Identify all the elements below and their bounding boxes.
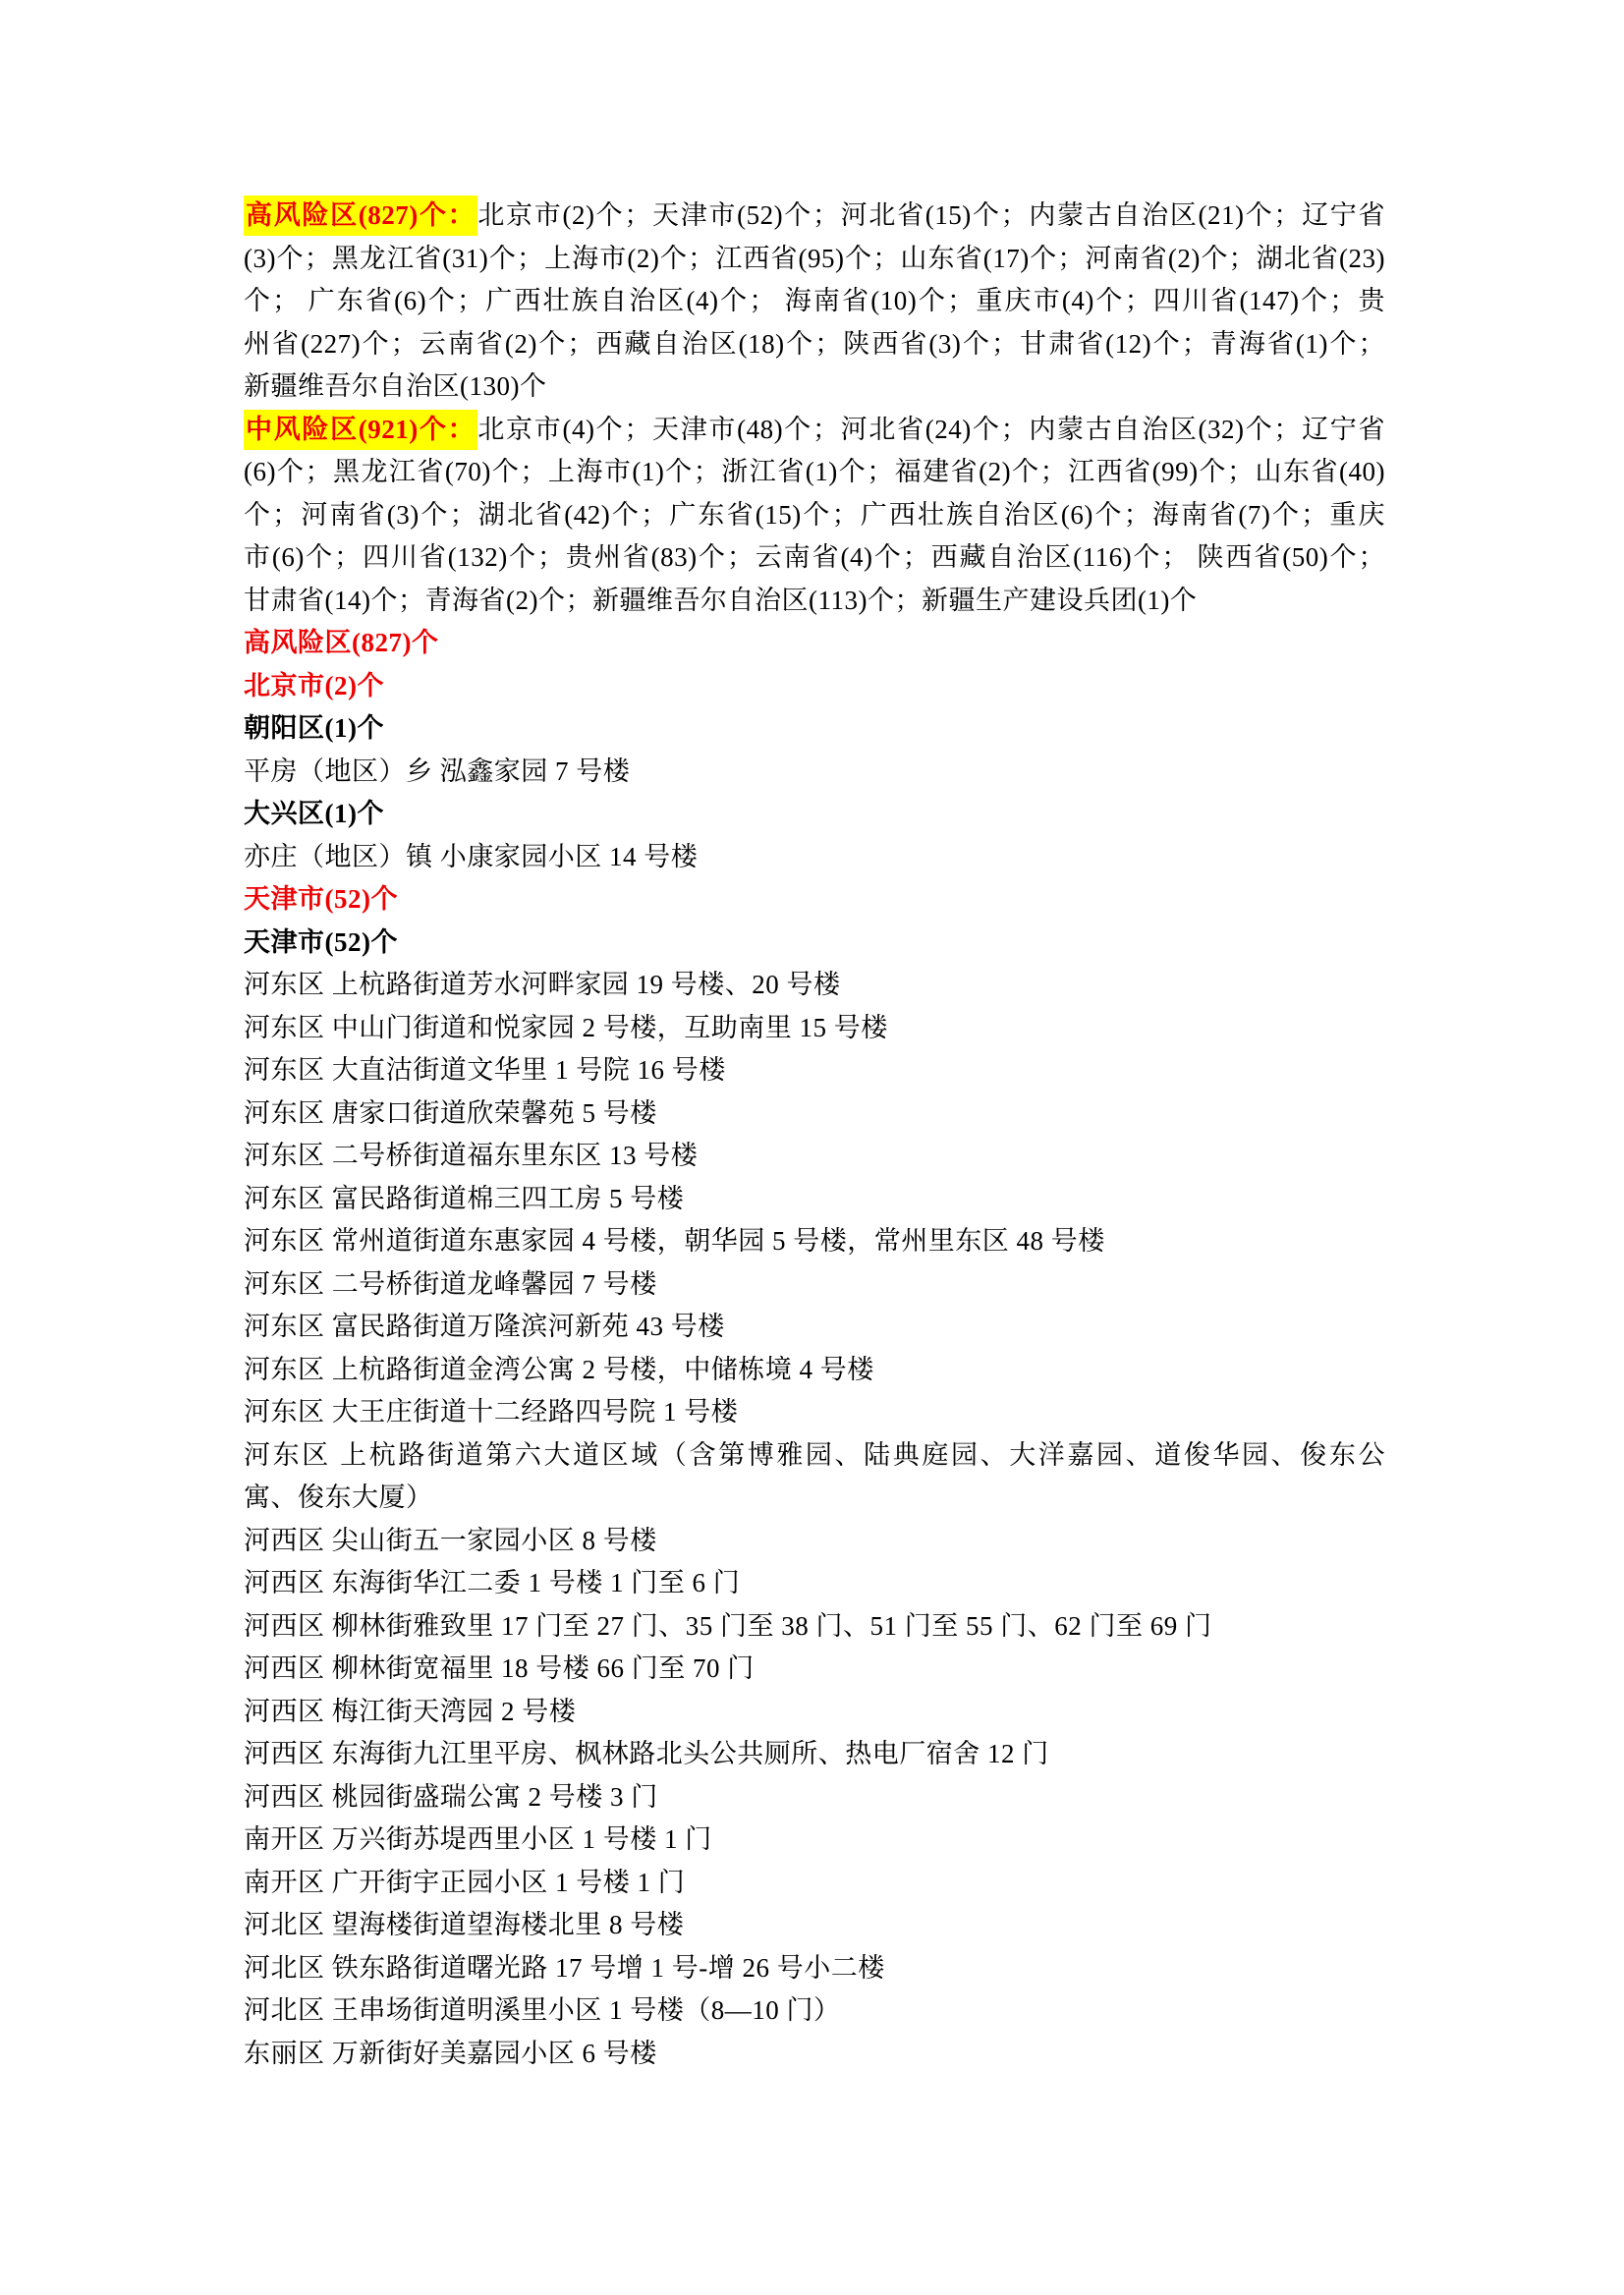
red-heading-line: 北京市(2)个 (244, 665, 1385, 708)
text-line: 新疆维吾尔自治区(130)个 (244, 365, 1385, 409)
text-line: 河东区 上杭路街道第六大道区域（含第博雅园、陆典庭园、大洋嘉园、道俊华园、俊东公 (244, 1434, 1385, 1478)
text-line: 河西区 柳林街宽福里 18 号楼 66 门至 70 门 (244, 1648, 1385, 1691)
risk-label-highlight: 高风险区(827)个： (244, 196, 477, 236)
text-line: 河西区 东海街九江里平房、枫林路北头公共厕所、热电厂宿舍 12 门 (244, 1733, 1385, 1776)
summary-text: 北京市(2)个；天津市(52)个；河北省(15)个；内蒙古自治区(21)个；辽宁… (477, 200, 1385, 230)
summary-text: 北京市(4)个；天津市(48)个；河北省(24)个；内蒙古自治区(32)个；辽宁… (477, 415, 1385, 444)
text-line: 河东区 大王庄街道十二经路四号院 1 号楼 (244, 1391, 1385, 1434)
text-line: 河东区 唐家口街道欣荣馨苑 5 号楼 (244, 1092, 1385, 1136)
text-line: 市(6)个；四川省(132)个；贵州省(83)个；云南省(4)个；西藏自治区(1… (244, 536, 1385, 580)
text-line: 亦庄（地区）镇 小康家园小区 14 号楼 (244, 836, 1385, 879)
bold-heading-line: 大兴区(1)个 (244, 793, 1385, 836)
bold-heading-line: 天津市(52)个 (244, 922, 1385, 965)
text-line: 个；河南省(3)个；湖北省(42)个；广东省(15)个；广西壮族自治区(6)个；… (244, 494, 1385, 537)
text-line: 河西区 东海街华江二委 1 号楼 1 门至 6 门 (244, 1562, 1385, 1605)
text-line: 河东区 大直沽街道文华里 1 号院 16 号楼 (244, 1049, 1385, 1092)
text-line: 河东区 富民路街道棉三四工房 5 号楼 (244, 1178, 1385, 1221)
risk-label-highlight: 中风险区(921)个： (244, 410, 477, 450)
text-line: 河东区 中山门街道和悦家园 2 号楼，互助南里 15 号楼 (244, 1007, 1385, 1050)
text-line: 河东区 常州道街道东惠家园 4 号楼，朝华园 5 号楼，常州里东区 48 号楼 (244, 1220, 1385, 1263)
text-line: (6)个；黑龙江省(70)个；上海市(1)个；浙江省(1)个；福建省(2)个；江… (244, 451, 1385, 494)
text-line: 河东区 二号桥街道龙峰馨园 7 号楼 (244, 1263, 1385, 1307)
text-line: (3)个；黑龙江省(31)个；上海市(2)个；江西省(95)个；山东省(17)个… (244, 238, 1385, 281)
text-line: 河北区 铁东路街道曙光路 17 号增 1 号-增 26 号小二楼 (244, 1947, 1385, 1990)
text-line: 河北区 王串场街道明溪里小区 1 号楼（8—10 门） (244, 1989, 1385, 2033)
text-line: 平房（地区）乡 泓鑫家园 7 号楼 (244, 751, 1385, 794)
red-heading-line: 天津市(52)个 (244, 878, 1385, 922)
text-line: 河西区 尖山街五一家园小区 8 号楼 (244, 1520, 1385, 1563)
red-heading-line: 高风险区(827)个 (244, 622, 1385, 665)
text-line: 寓、俊东大厦） (244, 1477, 1385, 1520)
text-line: 河东区 上杭路街道芳水河畔家园 19 号楼、20 号楼 (244, 964, 1385, 1007)
text-line: 州省(227)个；云南省(2)个；西藏自治区(18)个；陕西省(3)个；甘肃省(… (244, 323, 1385, 366)
bold-heading-line: 朝阳区(1)个 (244, 707, 1385, 751)
text-line: 南开区 广开街宇正园小区 1 号楼 1 门 (244, 1862, 1385, 1905)
text-line: 东丽区 万新街好美嘉园小区 6 号楼 (244, 2033, 1385, 2076)
summary-lead-line: 中风险区(921)个：北京市(4)个；天津市(48)个；河北省(24)个；内蒙古… (244, 409, 1385, 452)
text-line: 甘肃省(14)个；青海省(2)个；新疆维吾尔自治区(113)个；新疆生产建设兵团… (244, 580, 1385, 623)
text-line: 南开区 万兴街苏堤西里小区 1 号楼 1 门 (244, 1819, 1385, 1862)
text-line: 河东区 富民路街道万隆滨河新苑 43 号楼 (244, 1306, 1385, 1349)
document-page: 高风险区(827)个：北京市(2)个；天津市(52)个；河北省(15)个；内蒙古… (0, 0, 1624, 2295)
document-content: 高风险区(827)个：北京市(2)个；天津市(52)个；河北省(15)个；内蒙古… (244, 195, 1385, 2075)
text-line: 河东区 上杭路街道金湾公寓 2 号楼，中储栋境 4 号楼 (244, 1349, 1385, 1392)
summary-lead-line: 高风险区(827)个：北京市(2)个；天津市(52)个；河北省(15)个；内蒙古… (244, 195, 1385, 238)
text-line: 河北区 望海楼街道望海楼北里 8 号楼 (244, 1904, 1385, 1947)
text-line: 河西区 梅江街天湾园 2 号楼 (244, 1691, 1385, 1734)
text-line: 河西区 柳林街雅致里 17 门至 27 门、35 门至 38 门、51 门至 5… (244, 1605, 1385, 1649)
text-line: 河西区 桃园街盛瑞公寓 2 号楼 3 门 (244, 1776, 1385, 1819)
text-line: 河东区 二号桥街道福东里东区 13 号楼 (244, 1135, 1385, 1178)
text-line: 个； 广东省(6)个；广西壮族自治区(4)个； 海南省(10)个；重庆市(4)个… (244, 280, 1385, 323)
